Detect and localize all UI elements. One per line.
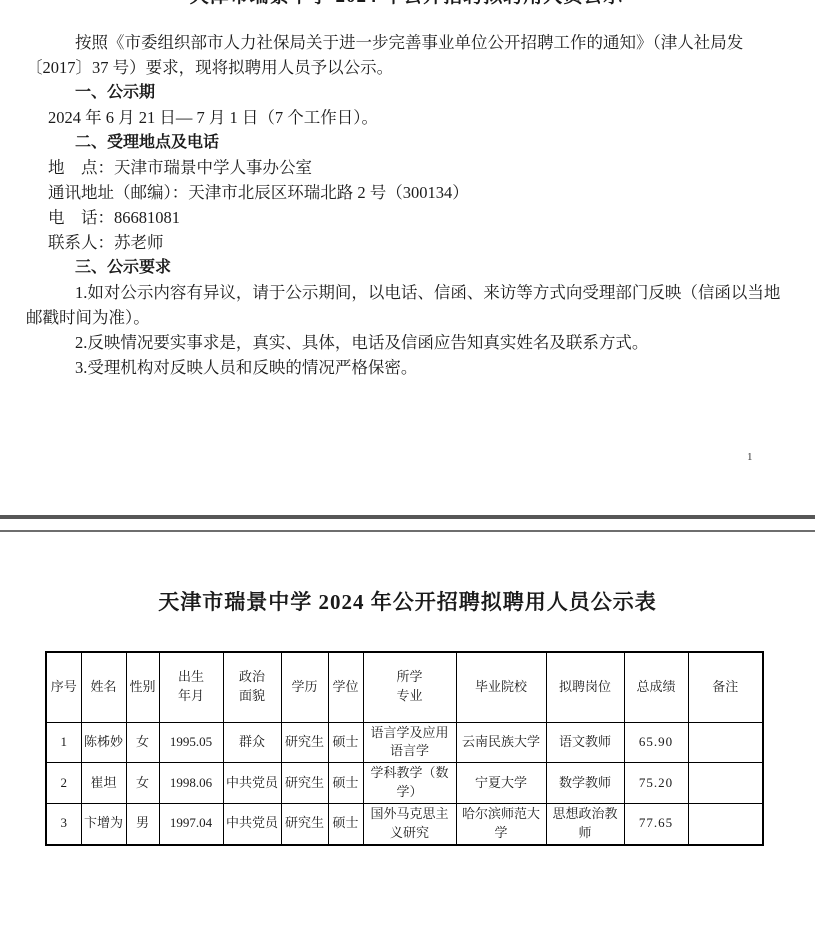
cell-political: 群众 xyxy=(223,722,281,763)
cell-political: 中共党员 xyxy=(223,803,281,844)
col-header-major: 所学 专业 xyxy=(363,652,456,722)
cell-total-score: 65.90 xyxy=(624,722,688,763)
roster-table: 序号 姓名 性别 出生 年月 政治 面貌 学历 学位 所学 专业 毕业院校 拟聘… xyxy=(45,651,764,846)
intro-paragraph: 按照《市委组织部市人力社保局关于进一步完善事业单位公开招聘工作的通知》（津人社局… xyxy=(26,30,787,80)
cell-major: 国外马克思主义研究 xyxy=(363,803,456,844)
cell-total-score: 75.20 xyxy=(624,763,688,804)
table-row: 2 崔坦 女 1998.06 中共党员 研究生 硕士 学科教学（数学） 宁夏大学… xyxy=(46,763,763,804)
cell-name: 卞增为 xyxy=(81,803,126,844)
col-header-political: 政治 面貌 xyxy=(223,652,281,722)
cell-gender: 男 xyxy=(126,803,159,844)
section-2-line-phone: 电 话：86681081 xyxy=(48,205,787,230)
cell-university: 云南民族大学 xyxy=(456,722,546,763)
table-row: 3 卞增为 男 1997.04 中共党员 研究生 硕士 国外马克思主义研究 哈尔… xyxy=(46,803,763,844)
cell-major: 学科教学（数学） xyxy=(363,763,456,804)
col-header-total-score: 总成绩 xyxy=(624,652,688,722)
page1-content: 天津市瑞景中学 2024 年公开招聘拟聘用人员公示 按照《市委组织部市人力社保局… xyxy=(26,0,787,380)
section-3-item-2: 2.反映情况要实事求是，真实、具体，电话及信函应告知真实姓名及联系方式。 xyxy=(26,330,787,355)
cell-degree: 硕士 xyxy=(328,722,363,763)
section-3-item-3: 3.受理机构对反映人员和反映的情况严格保密。 xyxy=(26,355,787,380)
cell-gender: 女 xyxy=(126,722,159,763)
col-header-education: 学历 xyxy=(281,652,328,722)
col-header-gender: 性别 xyxy=(126,652,159,722)
cell-education: 研究生 xyxy=(281,803,328,844)
page1-page-number: 1 xyxy=(747,451,753,463)
col-header-birth-date: 出生 年月 xyxy=(159,652,223,722)
page2-title: 天津市瑞景中学 2024 年公开招聘拟聘用人员公示表 xyxy=(0,586,815,616)
cell-name: 陈柹妙 xyxy=(81,722,126,763)
cell-birth-date: 1997.04 xyxy=(159,803,223,844)
cell-major: 语言学及应用语言学 xyxy=(363,722,456,763)
cell-name: 崔坦 xyxy=(81,763,126,804)
section-3-heading: 三、公示要求 xyxy=(75,255,787,280)
col-header-degree: 学位 xyxy=(328,652,363,722)
cell-political: 中共党员 xyxy=(223,763,281,804)
page-break-thick-line xyxy=(0,515,815,519)
section-2-line-contact-person: 联系人：苏老师 xyxy=(48,230,787,255)
cell-position: 语文教师 xyxy=(546,722,624,763)
page1-clipped-title-area: 天津市瑞景中学 2024 年公开招聘拟聘用人员公示 xyxy=(26,0,787,8)
col-header-university: 毕业院校 xyxy=(456,652,546,722)
page-break-thin-line xyxy=(0,530,815,532)
section-3-item-1: 1.如对公示内容有异议，请于公示期间，以电话、信函、来访等方式向受理部门反映（信… xyxy=(26,280,787,330)
cell-serial: 3 xyxy=(46,803,81,844)
cell-position: 思想政治教师 xyxy=(546,803,624,844)
cell-birth-date: 1995.05 xyxy=(159,722,223,763)
cell-gender: 女 xyxy=(126,763,159,804)
cell-total-score: 77.65 xyxy=(624,803,688,844)
cell-university: 哈尔滨师范大学 xyxy=(456,803,546,844)
cell-serial: 2 xyxy=(46,763,81,804)
col-header-remarks: 备注 xyxy=(688,652,763,722)
table-row: 1 陈柹妙 女 1995.05 群众 研究生 硕士 语言学及应用语言学 云南民族… xyxy=(46,722,763,763)
cell-serial: 1 xyxy=(46,722,81,763)
page1-title-clipped: 天津市瑞景中学 2024 年公开招聘拟聘用人员公示 xyxy=(26,0,787,8)
section-1-heading: 一、公示期 xyxy=(75,80,787,105)
table-header-row: 序号 姓名 性别 出生 年月 政治 面貌 学历 学位 所学 专业 毕业院校 拟聘… xyxy=(46,652,763,722)
cell-remarks xyxy=(688,722,763,763)
col-header-serial: 序号 xyxy=(46,652,81,722)
col-header-position: 拟聘岗位 xyxy=(546,652,624,722)
section-1-line-publicity-period: 2024 年 6 月 21 日— 7 月 1 日（7 个工作日）。 xyxy=(48,105,787,130)
cell-education: 研究生 xyxy=(281,763,328,804)
cell-remarks xyxy=(688,803,763,844)
section-2-line-mailing-address: 通讯地址（邮编）：天津市北辰区环瑞北路 2 号（300134） xyxy=(48,180,787,205)
section-2-line-location: 地 点：天津市瑞景中学人事办公室 xyxy=(48,155,787,180)
page1-body: 按照《市委组织部市人力社保局关于进一步完善事业单位公开招聘工作的通知》（津人社局… xyxy=(26,8,787,380)
roster-table-container: 序号 姓名 性别 出生 年月 政治 面貌 学历 学位 所学 专业 毕业院校 拟聘… xyxy=(45,651,764,846)
cell-remarks xyxy=(688,763,763,804)
cell-degree: 硕士 xyxy=(328,803,363,844)
cell-education: 研究生 xyxy=(281,722,328,763)
col-header-name: 姓名 xyxy=(81,652,126,722)
cell-university: 宁夏大学 xyxy=(456,763,546,804)
cell-birth-date: 1998.06 xyxy=(159,763,223,804)
cell-position: 数学教师 xyxy=(546,763,624,804)
cell-degree: 硕士 xyxy=(328,763,363,804)
section-2-heading: 二、受理地点及电话 xyxy=(75,130,787,155)
